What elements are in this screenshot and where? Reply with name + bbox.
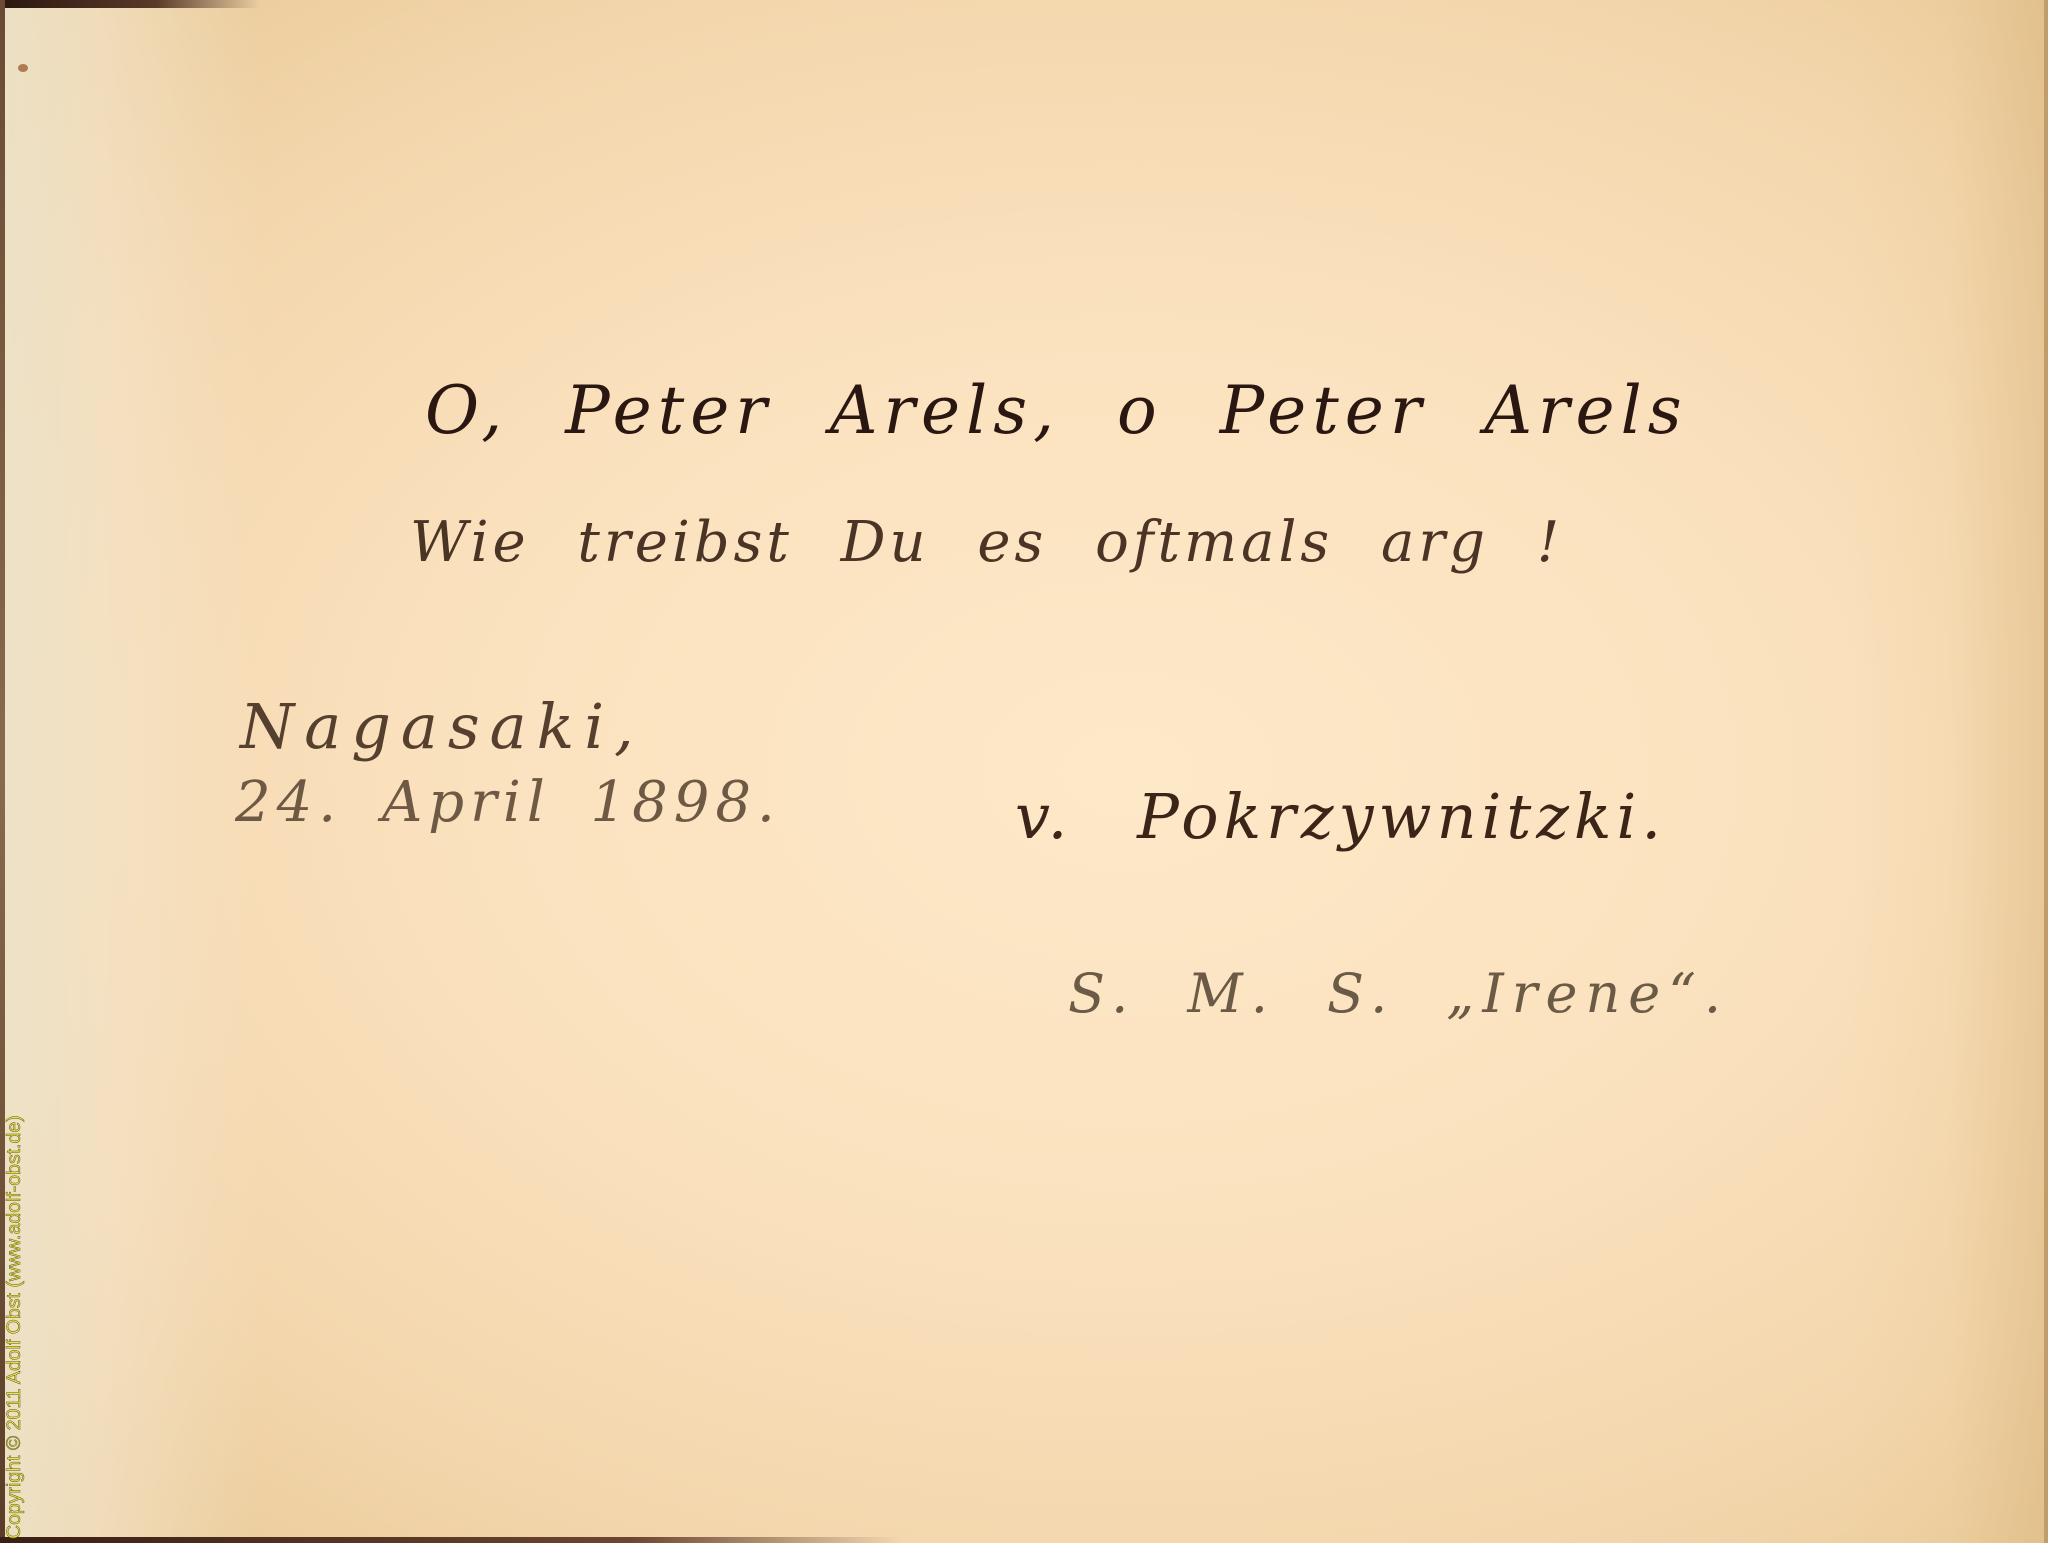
signature: v. Pokrzywnitzki. [1015, 780, 1666, 853]
entry-date: 24. April 1898. [235, 770, 781, 835]
copyright-text: Copyright © 2011 Adolf Obst (www.adolf-o… [3, 1115, 26, 1539]
page-edge-right [2044, 0, 2048, 1543]
page-edge-top [0, 0, 260, 8]
album-page: O, Peter Arels, o Peter Arels Wie treibs… [0, 0, 2048, 1543]
verse-line-1: O, Peter Arels, o Peter Arels [425, 372, 1688, 449]
paper-stain [18, 64, 28, 72]
page-edge-bottom [0, 1537, 900, 1543]
verse-line-2: Wie treibst Du es oftmals arg ! [410, 510, 1563, 575]
ship-name: S. M. S. „Irene“. [1068, 962, 1729, 1025]
entry-place: Nagasaki, [240, 690, 644, 763]
copyright-watermark: Copyright © 2011 Adolf Obst (www.adolf-o… [4, 879, 28, 1539]
